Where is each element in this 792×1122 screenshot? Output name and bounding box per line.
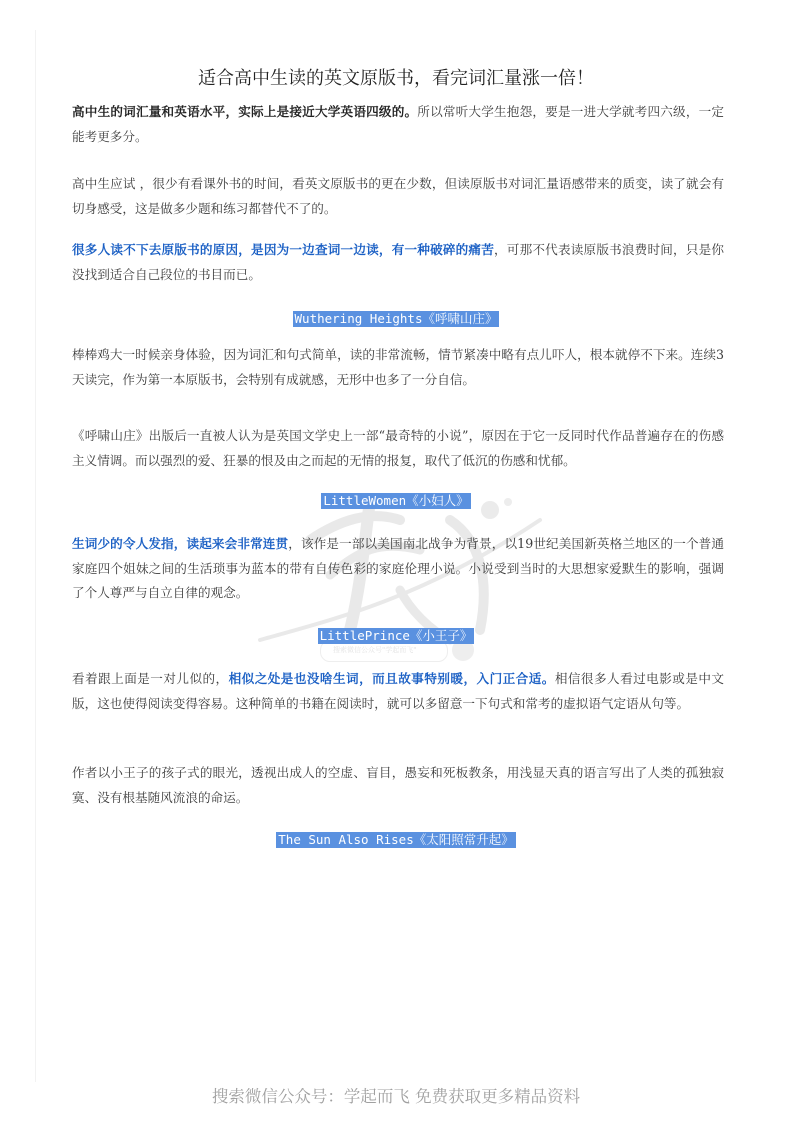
blue-emphasis: 生词少的令人发指，读起来会非常连贯 <box>72 536 288 551</box>
footer-promo-text: 搜索微信公众号：学起而飞 免费获取更多精品资料 <box>0 1083 792 1107</box>
intro-paragraph-1: 高中生的词汇量和英语水平，实际上是接近大学英语四级的。所以常听大学生抱怨，要是一… <box>72 100 724 149</box>
book-heading-wuthering-heights: Wuthering Heights《呼啸山庄》 <box>0 308 792 327</box>
bold-lead: 高中生的词汇量和英语水平，实际上是接近大学英语四级的。 <box>72 104 417 119</box>
document-title: 适合高中生读的英文原版书，看完词汇量涨一倍！ <box>0 64 792 90</box>
blue-emphasis: 很多人读不下去原版书的原因，是因为一边查词一边读，有一种破碎的痛苦 <box>72 242 494 257</box>
highlighted-book-title: Wuthering Heights《呼啸山庄》 <box>293 311 500 327</box>
paragraph-text: 《呼啸山庄》出版后一直被人认为是英国文学史上一部“最奇特的小说”，原因在于它一反… <box>72 428 724 468</box>
book-1-paragraph-2: 《呼啸山庄》出版后一直被人认为是英国文学史上一部“最奇特的小说”，原因在于它一反… <box>72 424 724 473</box>
highlighted-book-title: The Sun Also Rises《太阳照常升起》 <box>276 832 515 848</box>
book-heading-the-sun-also-rises: The Sun Also Rises《太阳照常升起》 <box>0 829 792 848</box>
highlighted-book-title: LittlePrince《小王子》 <box>318 628 475 644</box>
book-1-paragraph-1: 棒棒鸡大一时候亲身体验，因为词汇和句式简单，读的非常流畅，情节紧凑中略有点儿吓人… <box>72 343 724 392</box>
book-heading-little-prince: LittlePrince《小王子》 <box>0 625 792 644</box>
paragraph-lead: 看着跟上面是一对儿似的， <box>72 671 229 686</box>
book-3-paragraph-2: 作者以小王子的孩子式的眼光，透视出成人的空虚、盲目，愚妄和死板教条，用浅显天真的… <box>72 761 724 810</box>
intro-paragraph-2: 高中生应试 ，很少有看课外书的时间，看英文原版书的更在少数，但读原版书对词汇量语… <box>72 172 724 221</box>
book-2-paragraph-1: 生词少的令人发指，读起来会非常连贯，该作是一部以美国南北战争为背景，以19世纪美… <box>72 532 724 606</box>
paragraph-text: 作者以小王子的孩子式的眼光，透视出成人的空虚、盲目，愚妄和死板教条，用浅显天真的… <box>72 765 724 805</box>
watermark-search-text: 搜索微信公众号"学起而飞" <box>333 645 416 655</box>
intro-paragraph-3: 很多人读不下去原版书的原因，是因为一边查词一边读，有一种破碎的痛苦，可那不代表读… <box>72 238 724 287</box>
blue-emphasis: 相似之处是也没啥生词，而且故事特别暖，入门正合适。 <box>229 671 555 686</box>
paragraph-text: 高中生应试 ，很少有看课外书的时间，看英文原版书的更在少数，但读原版书对词汇量语… <box>72 176 724 216</box>
page-margin-line <box>35 30 36 1082</box>
book-3-paragraph-1: 看着跟上面是一对儿似的，相似之处是也没啥生词，而且故事特别暖，入门正合适。相信很… <box>72 667 724 716</box>
highlighted-book-title: LittleWomen《小妇人》 <box>321 493 470 509</box>
paragraph-text: 棒棒鸡大一时候亲身体验，因为词汇和句式简单，读的非常流畅，情节紧凑中略有点儿吓人… <box>72 347 724 387</box>
book-heading-little-women: LittleWomen《小妇人》 <box>0 490 792 509</box>
